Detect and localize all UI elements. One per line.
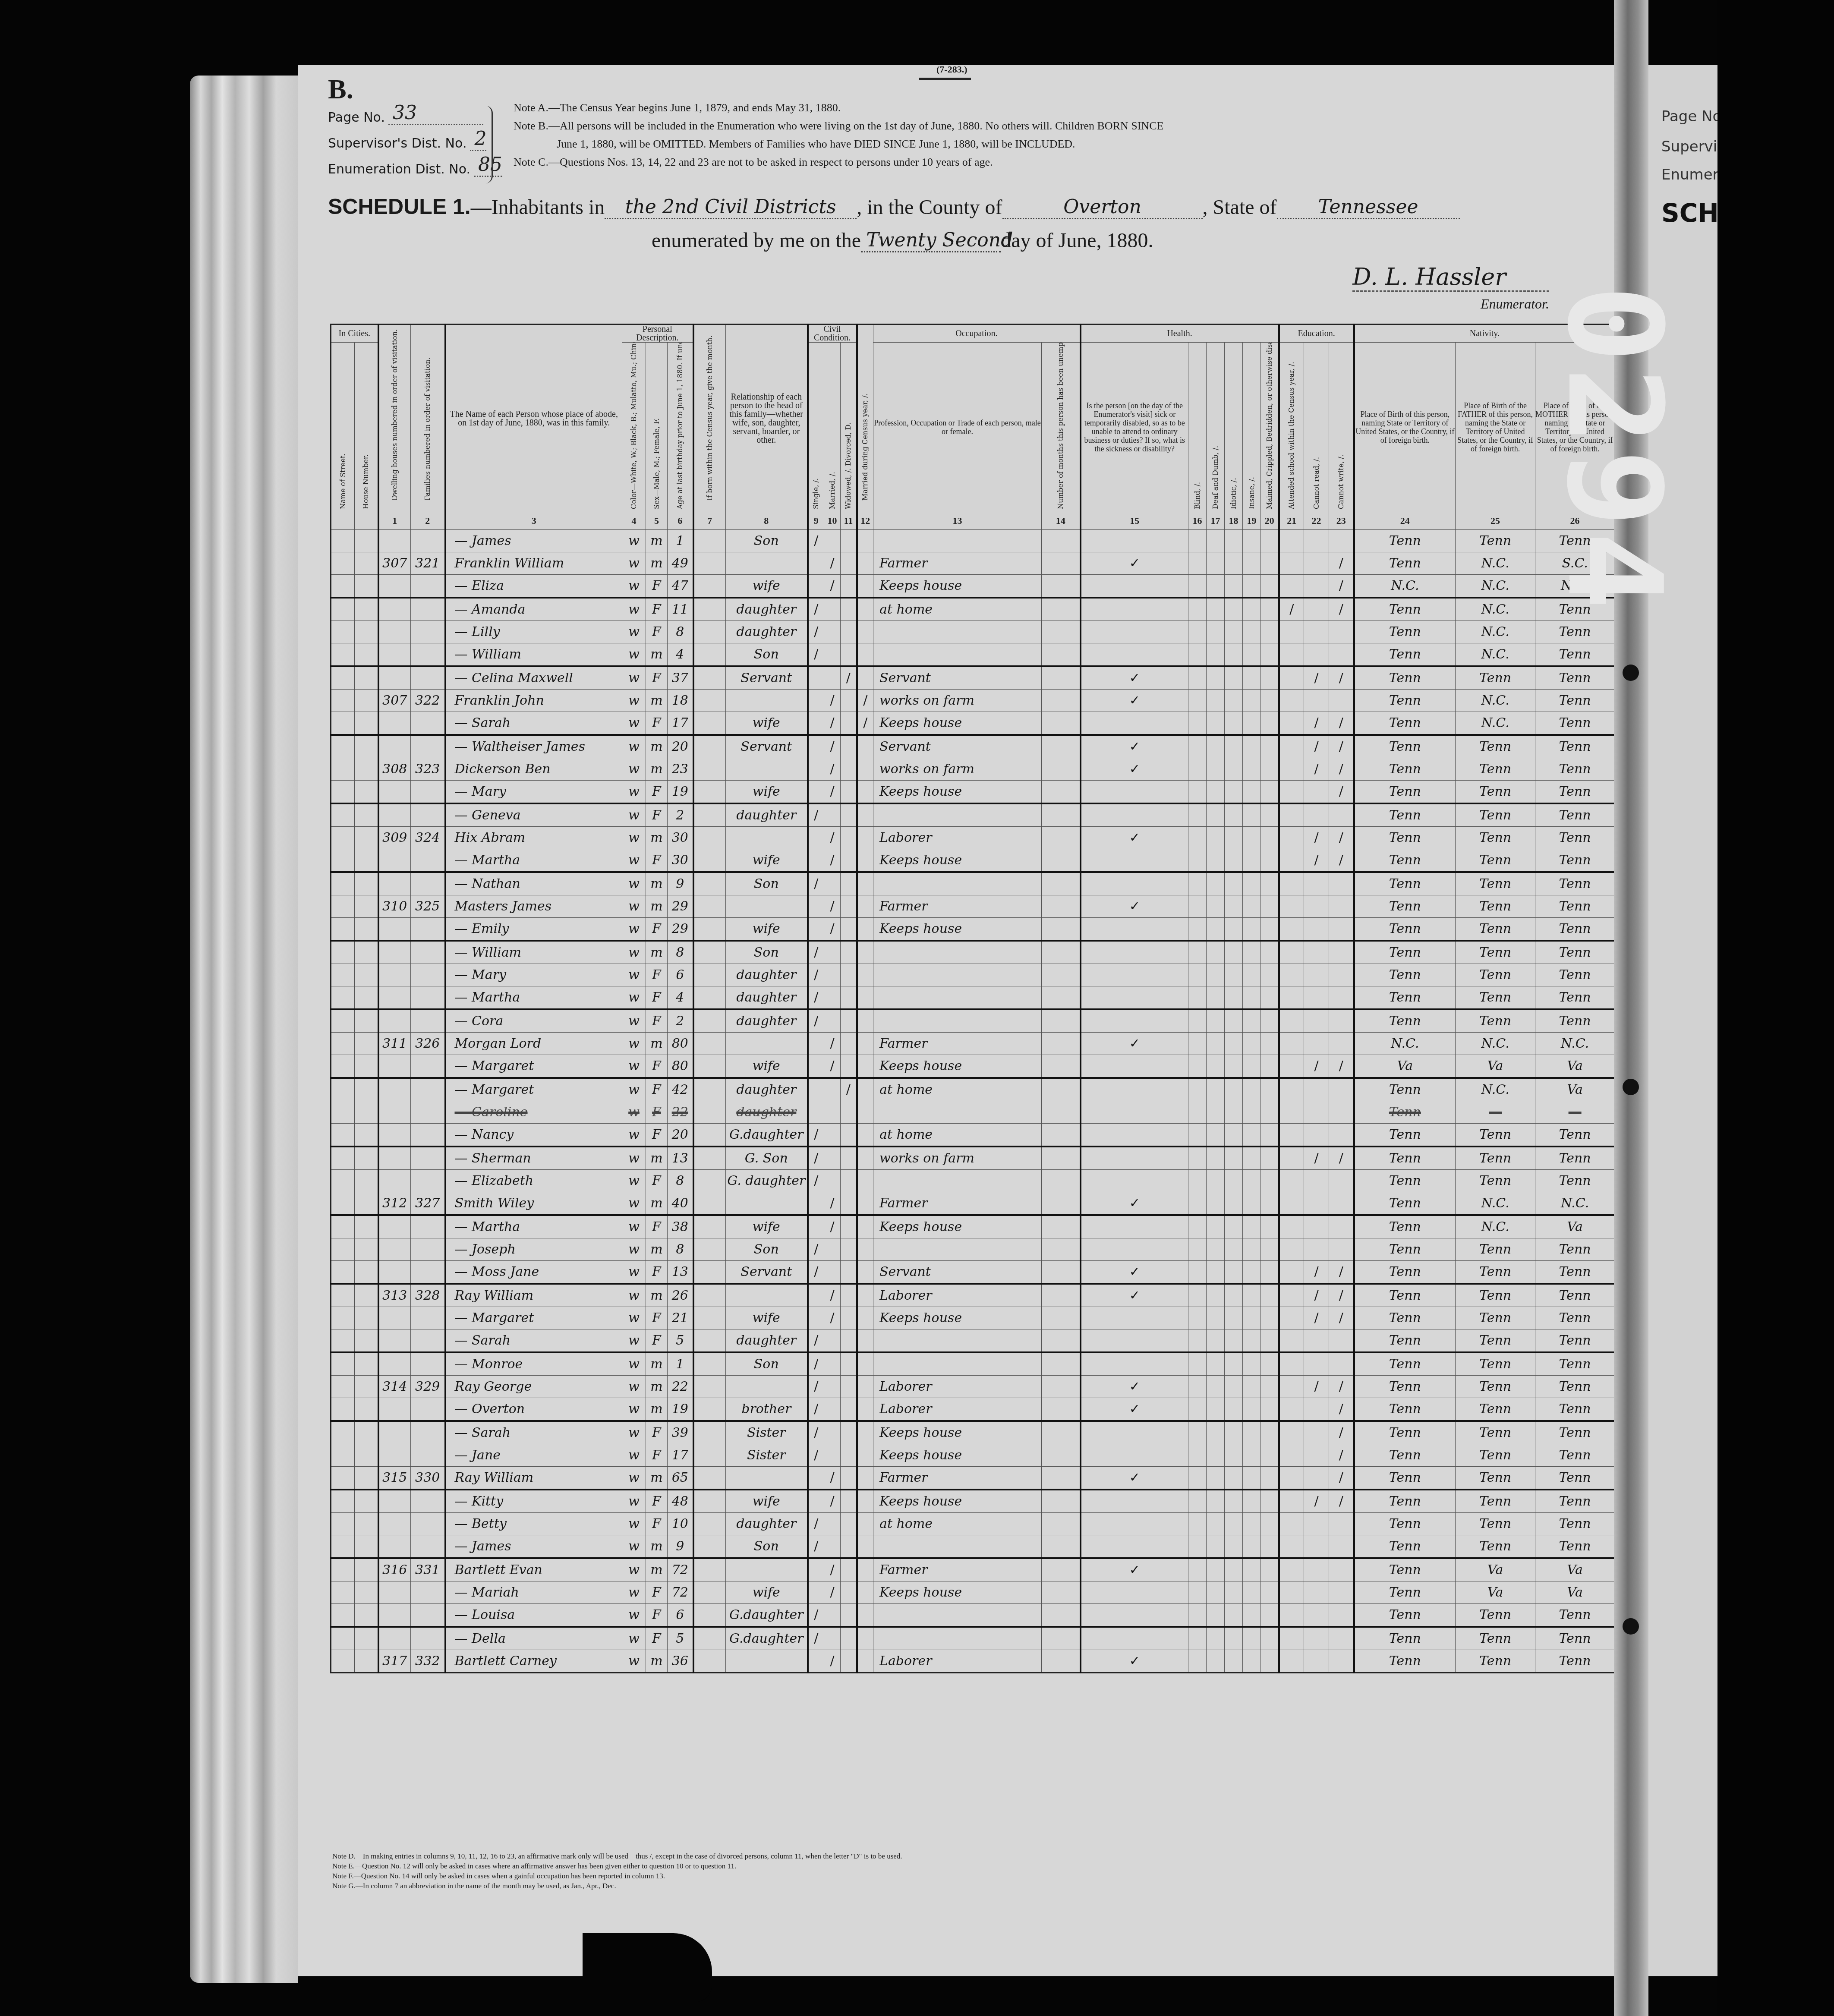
cell-rel: wife [726,1215,808,1238]
cell-house [355,1101,378,1124]
cell-d [1207,1558,1225,1581]
cell-sick [1081,1101,1188,1124]
cell-age: 36 [668,1650,693,1673]
cell-single [808,1581,824,1604]
cell-ins [1243,552,1261,575]
cell-write: / [1329,781,1354,804]
cell-read [1304,1604,1329,1627]
cell-unemp [1042,643,1081,667]
cell-house [355,1444,378,1467]
table-row: — GenevawF2daughter/TennTennTenn [331,803,1615,827]
cell-pob: Tenn [1354,1558,1456,1581]
cell-street [331,530,355,552]
cell-write: / [1329,1261,1354,1284]
cell-single: / [808,1261,824,1284]
cell-b [1188,1170,1207,1192]
cell-school [1279,1170,1304,1192]
cell-d [1207,1307,1225,1329]
cell-occ: Servant [873,735,1042,758]
cell-dw [378,1307,411,1329]
cell-month [693,1352,726,1376]
table-row: — Monroewm1Son/TennTennTenn [331,1352,1615,1376]
cell-i [1225,1192,1243,1216]
cell-occ [873,621,1042,643]
table-row: — Williamwm8Son/TennTennTenn [331,941,1615,964]
cell-m [1261,643,1279,667]
cell-d [1207,1033,1225,1055]
table-row: 308323Dickerson Benwm23/works on farm✓//… [331,758,1615,781]
cell-dw: 316 [378,1558,411,1581]
cell-school [1279,1329,1304,1353]
instruction-notes-bottom: Note D.—In making entries in columns 9, … [332,1851,1238,1891]
cell-fam [411,1604,445,1627]
cell-fpob: Tenn [1456,803,1535,827]
cell-school [1279,530,1304,552]
cell-house [355,1513,378,1535]
cell-street [331,872,355,895]
cell-mdy [857,1307,873,1329]
column-numbers: 1 2 3 4 5 6 7 8 9 10 11 12 13 14 15 16 1… [331,512,1615,530]
cell-i [1225,1261,1243,1284]
cell-b [1188,666,1207,690]
cell-pob: Tenn [1354,1329,1456,1353]
cell-fpob: Tenn [1456,1284,1535,1307]
cell-sex: F [646,1513,668,1535]
cell-color: w [622,872,646,895]
cell-m [1261,1444,1279,1467]
cell-married [824,1147,841,1170]
cell-single [808,1033,824,1055]
cell-unemp [1042,735,1081,758]
cell-married [824,964,841,986]
cell-widowed [841,941,857,964]
cell-rel: daughter [726,1078,808,1101]
cell-widowed [841,803,857,827]
cell-m [1261,735,1279,758]
cell-occ: at home [873,1078,1042,1101]
cell-rel: wife [726,1581,808,1604]
cell-age: 21 [668,1307,693,1329]
cell-dw [378,1535,411,1559]
cell-mdy [857,1604,873,1627]
cell-unemp [1042,1352,1081,1376]
cell-fpob: Tenn [1456,666,1535,690]
cell-widowed [841,1421,857,1444]
cell-m [1261,1490,1279,1513]
cell-sick [1081,803,1188,827]
cell-ins [1243,1604,1261,1627]
cell-age: 18 [668,690,693,712]
cell-fpob: Tenn [1456,1238,1535,1261]
cell-fpob: Tenn [1456,530,1535,552]
cell-married: / [824,735,841,758]
cell-color: w [622,552,646,575]
cell-month [693,552,726,575]
cell-fpob: Tenn [1456,1513,1535,1535]
cell-name: — Mary [445,781,622,804]
cell-b [1188,1376,1207,1398]
table-row: — Jameswm1Son/TennTennTenn [331,530,1615,552]
cell-color: w [622,1490,646,1513]
cell-read [1304,1033,1329,1055]
cell-write: / [1329,1376,1354,1398]
cell-b [1188,964,1207,986]
cell-married [824,598,841,621]
cell-dw [378,986,411,1010]
cell-fpob: Tenn [1456,986,1535,1010]
cell-widowed [841,986,857,1010]
cell-fpob: Tenn [1456,964,1535,986]
table-row: — Jameswm9Son/TennTennTenn [331,1535,1615,1559]
cell-mdy [857,781,873,804]
cell-mdy [857,1490,873,1513]
cell-widowed [841,1238,857,1261]
cell-fam [411,1147,445,1170]
cell-b [1188,1558,1207,1581]
cell-d [1207,1329,1225,1353]
cell-read: / [1304,1307,1329,1329]
cell-i [1225,986,1243,1010]
cell-ins [1243,964,1261,986]
cell-read: / [1304,758,1329,781]
cell-single: / [808,1124,824,1147]
cell-m [1261,1376,1279,1398]
cell-d [1207,1627,1225,1650]
cell-name: Smith Wiley [445,1192,622,1216]
cell-color: w [622,895,646,918]
cell-fam [411,1124,445,1147]
cell-b [1188,552,1207,575]
cell-read: / [1304,1261,1329,1284]
cell-street [331,1307,355,1329]
cell-month [693,1033,726,1055]
cell-d [1207,643,1225,667]
table-row: — EmilywF29wife/Keeps houseTennTennTenn [331,918,1615,941]
cell-mpob: Tenn [1535,781,1615,804]
cell-street [331,1558,355,1581]
cell-house [355,941,378,964]
cell-color: w [622,781,646,804]
cell-m [1261,1352,1279,1376]
cell-age: 4 [668,643,693,667]
cell-street [331,1055,355,1078]
cell-dw [378,1238,411,1261]
cell-widowed [841,621,857,643]
cell-read [1304,1581,1329,1604]
cell-school [1279,1490,1304,1513]
cell-age: 6 [668,964,693,986]
cell-write [1329,803,1354,827]
cell-d [1207,964,1225,986]
cell-occ: Keeps house [873,1490,1042,1513]
cell-m [1261,1055,1279,1078]
cell-age: 80 [668,1033,693,1055]
cell-write: / [1329,552,1354,575]
cell-write [1329,1627,1354,1650]
cell-fam [411,1078,445,1101]
cell-sex: F [646,1215,668,1238]
cell-married: / [824,1467,841,1490]
cell-month [693,735,726,758]
cell-b [1188,1513,1207,1535]
cell-fam [411,1490,445,1513]
cell-dw: 313 [378,1284,411,1307]
cell-mdy [857,643,873,667]
cell-write: / [1329,1055,1354,1078]
cell-street [331,941,355,964]
cell-fam [411,964,445,986]
cell-fam [411,1055,445,1078]
table-row: — CarolinewF22daughterTenn—— [331,1101,1615,1124]
cell-name: — Sherman [445,1147,622,1170]
cell-single [808,1055,824,1078]
cell-occ [873,1329,1042,1353]
cell-m [1261,827,1279,849]
cell-rel: Son [726,1352,808,1376]
cell-write [1329,964,1354,986]
cell-dw: 307 [378,690,411,712]
cell-fpob: Tenn [1456,895,1535,918]
cell-sick [1081,1238,1188,1261]
cell-street [331,1238,355,1261]
cell-b [1188,1535,1207,1559]
table-row: — CorawF2daughter/TennTennTenn [331,1009,1615,1033]
cell-pob: Tenn [1354,781,1456,804]
cell-month [693,1581,726,1604]
cell-pob: N.C. [1354,1033,1456,1055]
civil-district-value: the 2nd Civil Districts [605,196,857,219]
cell-mdy [857,1215,873,1238]
cell-i [1225,895,1243,918]
cell-school [1279,1421,1304,1444]
cell-unemp [1042,1581,1081,1604]
cell-sex: m [646,530,668,552]
cell-dw [378,1444,411,1467]
cell-widowed [841,758,857,781]
cell-sex: m [646,1650,668,1673]
cell-rel [726,690,808,712]
cell-married: / [824,1558,841,1581]
cell-mdy [857,1650,873,1673]
cell-single: / [808,1604,824,1627]
cell-fpob: N.C. [1456,598,1535,621]
enumerator-block: D. L. Hassler Enumerator. [1247,263,1549,312]
cell-dw [378,1513,411,1535]
cell-sick [1081,986,1188,1010]
cell-school [1279,1078,1304,1101]
cell-age: 42 [668,1078,693,1101]
cell-d [1207,1238,1225,1261]
cell-name: — Della [445,1627,622,1650]
cell-pob: Tenn [1354,895,1456,918]
cell-mdy [857,1535,873,1559]
cell-i [1225,735,1243,758]
cell-house [355,1033,378,1055]
cell-unemp [1042,1238,1081,1261]
cell-read [1304,1627,1329,1650]
cell-name: Ray William [445,1284,622,1307]
cell-fpob: Tenn [1456,849,1535,873]
cell-ins [1243,735,1261,758]
cell-single [808,895,824,918]
cell-i [1225,1513,1243,1535]
enumeration-district-field: Enumeration Dist. No. 85 [328,151,483,177]
cell-married: / [824,1490,841,1513]
cell-fam [411,1581,445,1604]
cell-occ: at home [873,1124,1042,1147]
cell-street [331,758,355,781]
cell-married: / [824,895,841,918]
note-b-cont: June 1, 1880, will be OMITTED. Members o… [514,138,1506,151]
table-row: — MarthawF30wife/Keeps house//TennTennTe… [331,849,1615,873]
cell-single: / [808,986,824,1010]
cell-name: — Mariah [445,1581,622,1604]
cell-occ: Keeps house [873,575,1042,598]
cell-read [1304,643,1329,667]
cell-pob: Tenn [1354,598,1456,621]
cell-school [1279,781,1304,804]
cell-m [1261,690,1279,712]
cell-fam [411,1398,445,1421]
cell-write: / [1329,1147,1354,1170]
cell-pob: Tenn [1354,1101,1456,1124]
cell-mpob: Tenn [1535,1604,1615,1627]
cell-d [1207,758,1225,781]
cell-age: 20 [668,735,693,758]
cell-b [1188,1307,1207,1329]
cell-mpob: Tenn [1535,1650,1615,1673]
cell-mdy [857,964,873,986]
cell-i [1225,1078,1243,1101]
cell-school [1279,1398,1304,1421]
cell-occ: Laborer [873,827,1042,849]
cell-dw [378,1490,411,1513]
cell-street [331,1329,355,1353]
cell-single [808,575,824,598]
cell-name: Dickerson Ben [445,758,622,781]
cell-married [824,1444,841,1467]
cell-month [693,1009,726,1033]
cell-fpob: Tenn [1456,1376,1535,1398]
cell-write: / [1329,735,1354,758]
cell-dw [378,1124,411,1147]
cell-occ: Laborer [873,1376,1042,1398]
cell-sick: ✓ [1081,895,1188,918]
cell-single: / [808,621,824,643]
cell-read [1304,1078,1329,1101]
cell-i [1225,1421,1243,1444]
cell-mdy [857,758,873,781]
form-code-rule [919,78,971,80]
cell-pob: Tenn [1354,1170,1456,1192]
cell-d [1207,1513,1225,1535]
cell-read: / [1304,827,1329,849]
cell-ins [1243,758,1261,781]
cell-d [1207,849,1225,873]
cell-single: / [808,1398,824,1421]
cell-pob: Tenn [1354,1421,1456,1444]
cell-month [693,712,726,735]
cell-b [1188,1078,1207,1101]
cell-read [1304,1009,1329,1033]
cell-write [1329,1101,1354,1124]
cell-fam [411,1421,445,1444]
cell-single [808,1215,824,1238]
cell-age: 9 [668,1535,693,1559]
cell-ins [1243,621,1261,643]
cell-fam [411,872,445,895]
cell-street [331,803,355,827]
cell-fpob: Tenn [1456,1352,1535,1376]
cell-fpob: Tenn [1456,1421,1535,1444]
cell-write [1329,1352,1354,1376]
cell-month [693,1192,726,1216]
cell-rel: daughter [726,986,808,1010]
cell-age: 13 [668,1147,693,1170]
cell-widowed [841,1398,857,1421]
cell-age: 2 [668,803,693,827]
cell-d [1207,1078,1225,1101]
cell-house [355,1124,378,1147]
table-header: In Cities. Dwelling houses numbered in o… [331,324,1615,530]
cell-occ [873,986,1042,1010]
cell-street [331,666,355,690]
cell-ins [1243,1238,1261,1261]
cell-sick [1081,1581,1188,1604]
cell-sex: F [646,986,668,1010]
cell-ins [1243,1101,1261,1124]
cell-i [1225,758,1243,781]
cell-ins [1243,781,1261,804]
cell-mdy [857,1444,873,1467]
note-a: Note A.—The Census Year begins June 1, 1… [514,101,1506,114]
cell-house [355,666,378,690]
cell-fam [411,1329,445,1353]
cell-ins [1243,1581,1261,1604]
cell-school [1279,1009,1304,1033]
cell-married [824,1009,841,1033]
cell-occ: Farmer [873,1033,1042,1055]
cell-sick [1081,1124,1188,1147]
cell-pob: Tenn [1354,712,1456,735]
cell-age: 20 [668,1124,693,1147]
cell-married: / [824,918,841,941]
cell-widowed [841,964,857,986]
cell-dw [378,1261,411,1284]
cell-rel: brother [726,1398,808,1421]
cell-school [1279,758,1304,781]
col-name-header: The Name of each Person whose place of a… [445,324,622,512]
cell-school [1279,735,1304,758]
frame-number-stamp: 0294 [1539,285,1689,614]
cell-sick: ✓ [1081,758,1188,781]
cell-house [355,1490,378,1513]
cell-color: w [622,598,646,621]
cell-name: Morgan Lord [445,1033,622,1055]
cell-sick [1081,1170,1188,1192]
cell-mdy [857,803,873,827]
cell-rel [726,1558,808,1581]
cell-school [1279,690,1304,712]
cell-occ: Keeps house [873,781,1042,804]
cell-fam [411,712,445,735]
cell-dw [378,575,411,598]
cell-m [1261,1147,1279,1170]
cell-married: / [824,1033,841,1055]
cell-write [1329,872,1354,895]
cell-color: w [622,1101,646,1124]
cell-school [1279,1192,1304,1216]
